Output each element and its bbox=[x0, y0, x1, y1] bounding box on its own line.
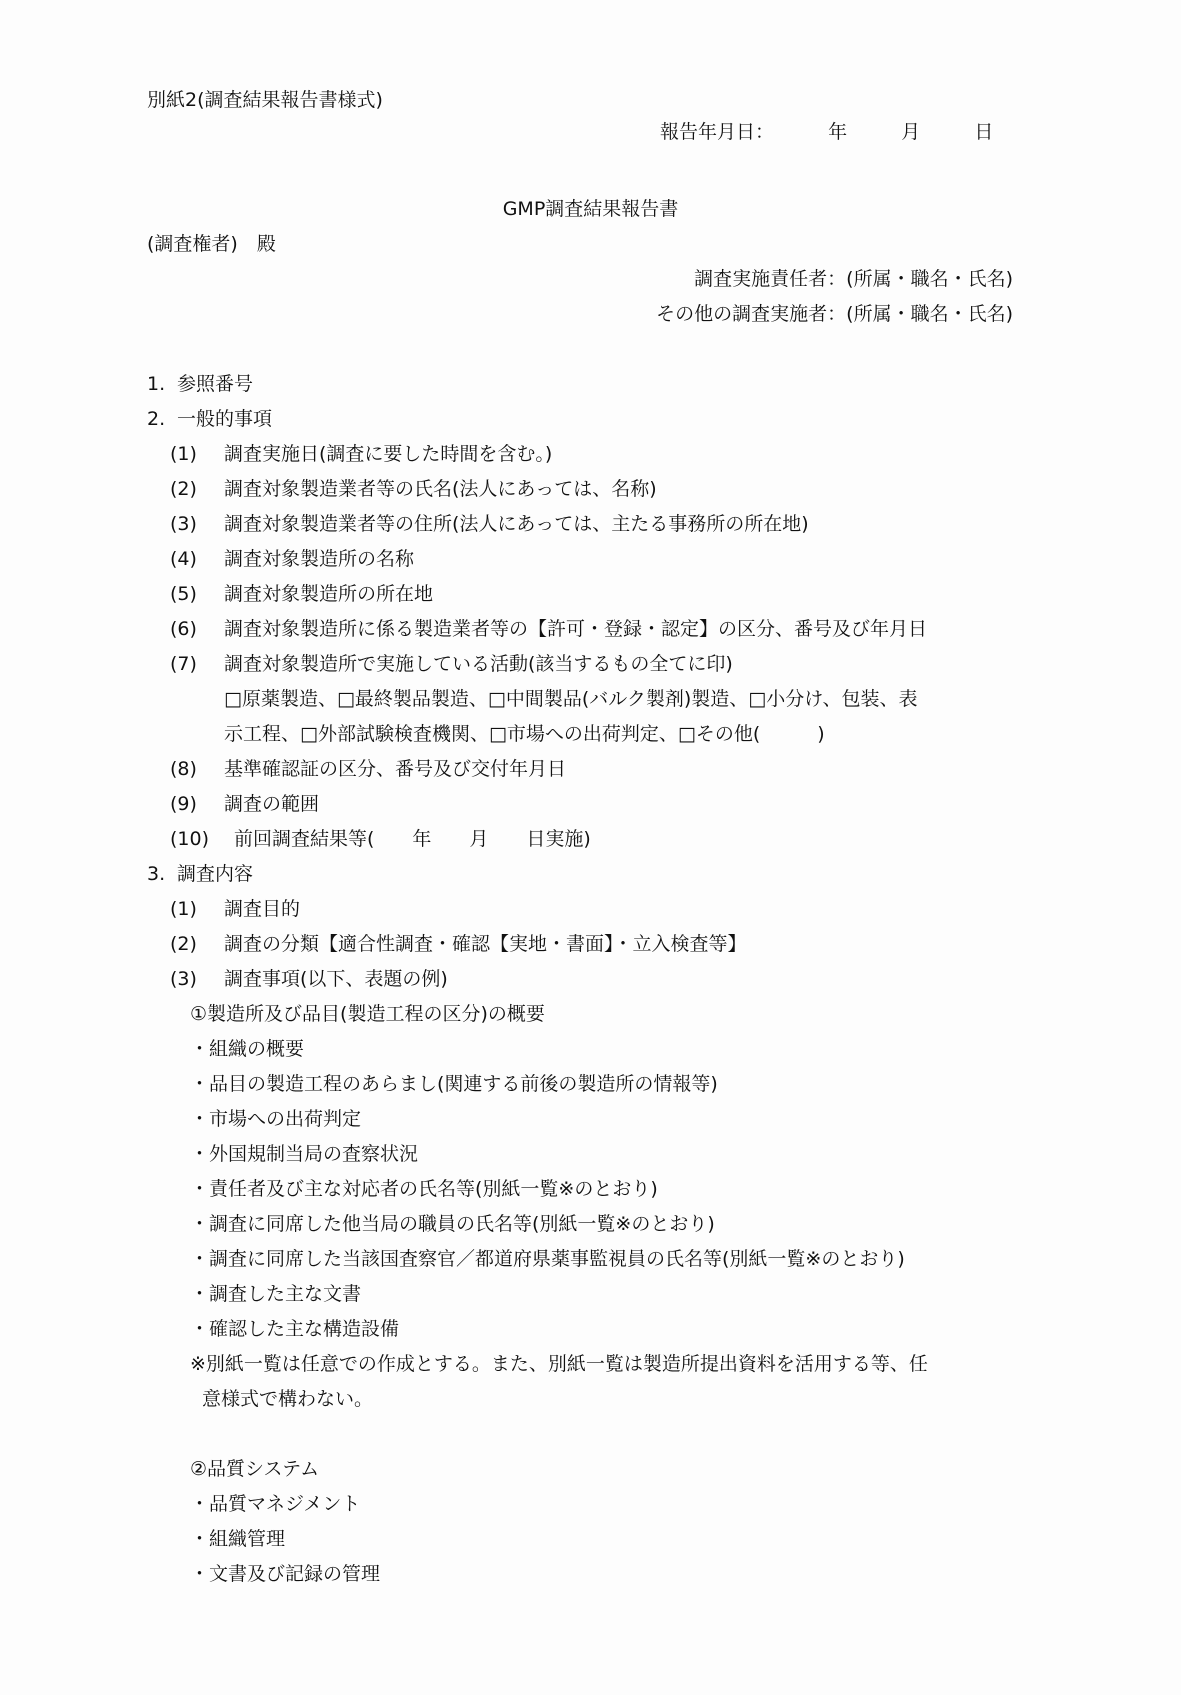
s3-item-1: (1)調査目的 bbox=[170, 897, 300, 921]
report-month: 月 bbox=[901, 121, 920, 143]
s2-item-5: (5)調査対象製造所の所在地 bbox=[170, 582, 433, 606]
attachment-label: 別紙2(調査結果報告書様式) bbox=[147, 88, 383, 112]
section-1: 1.参照番号 bbox=[147, 372, 253, 396]
bullet: ・調査に同席した他当局の職員の氏名等(別紙一覧※のとおり) bbox=[190, 1212, 715, 1236]
report-day: 日 bbox=[974, 121, 993, 143]
bullet: ・市場への出荷判定 bbox=[190, 1107, 361, 1131]
s2-item-6: (6)調査対象製造所に係る製造業者等の【許可・登録・認定】の区分、番号及び年月日 bbox=[170, 617, 927, 641]
report-year: 年 bbox=[828, 121, 847, 143]
bullet: ・外国規制当局の査察状況 bbox=[190, 1142, 418, 1166]
lead-investigator: 調査実施責任者：(所属・職名・氏名) bbox=[694, 267, 1013, 291]
bullet: ・組織の概要 bbox=[190, 1037, 304, 1061]
s3-item-3: (3)調査事項(以下、表題の例) bbox=[170, 967, 448, 991]
s2-item-2: (2)調査対象製造業者等の氏名(法人にあっては、名称) bbox=[170, 477, 657, 501]
s2-item-7: (7)調査対象製造所で実施している活動(該当するもの全てに印) bbox=[170, 652, 733, 676]
bullet: ・組織管理 bbox=[190, 1527, 285, 1551]
s2-item-10: (10)前回調査結果等( 年 月 日実施) bbox=[170, 827, 591, 851]
s2-item-1: (1)調査実施日(調査に要した時間を含む。) bbox=[170, 442, 552, 466]
bullet: ・確認した主な構造設備 bbox=[190, 1317, 399, 1341]
section-2: 2.一般的事項 bbox=[147, 407, 272, 431]
section-1-title: 参照番号 bbox=[177, 373, 253, 395]
activities-checklist-line-2: 示工程、□外部試験検査機関、□市場への出荷判定、□その他( ) bbox=[224, 722, 825, 746]
s2-item-8: (8)基準確認証の区分、番号及び交付年月日 bbox=[170, 757, 566, 781]
report-date-label: 報告年月日： bbox=[660, 121, 774, 143]
section-3: 3.調査内容 bbox=[147, 862, 253, 886]
bullet: ・調査した主な文書 bbox=[190, 1282, 361, 1306]
annex-note-line-1: ※別紙一覧は任意での作成とする。また、別紙一覧は製造所提出資料を活用する等、任 bbox=[190, 1352, 928, 1376]
document-title: GMP調査結果報告書 bbox=[0, 197, 1181, 221]
bullet: ・品質マネジメント bbox=[190, 1492, 360, 1516]
section-3-title: 調査内容 bbox=[177, 863, 253, 885]
annex-note-line-2: 意様式で構わない。 bbox=[202, 1387, 373, 1411]
s2-item-3: (3)調査対象製造業者等の住所(法人にあっては、主たる事務所の所在地) bbox=[170, 512, 809, 536]
bullet: ・調査に同席した当該国査察官／都道府県薬事監視員の氏名等(別紙一覧※のとおり) bbox=[190, 1247, 905, 1271]
subsection-2-title: ②品質システム bbox=[190, 1457, 319, 1481]
s2-item-4: (4)調査対象製造所の名称 bbox=[170, 547, 414, 571]
bullet: ・文書及び記録の管理 bbox=[190, 1562, 380, 1586]
bullet: ・品目の製造工程のあらまし(関連する前後の製造所の情報等) bbox=[190, 1072, 718, 1096]
s2-item-9: (9)調査の範囲 bbox=[170, 792, 319, 816]
bullet: ・責任者及び主な対応者の氏名等(別紙一覧※のとおり) bbox=[190, 1177, 658, 1201]
addressee: (調査権者) 殿 bbox=[147, 232, 276, 256]
other-investigators: その他の調査実施者：(所属・職名・氏名) bbox=[656, 302, 1013, 326]
s3-item-2: (2)調査の分類【適合性調査・確認【実地・書面】・立入検査等】 bbox=[170, 932, 747, 956]
activities-checklist-line-1: □原薬製造、□最終製品製造、□中間製品(バルク製剤)製造、□小分け、包装、表 bbox=[224, 687, 918, 711]
section-2-title: 一般的事項 bbox=[177, 408, 272, 430]
subsection-1-title: ①製造所及び品目(製造工程の区分)の概要 bbox=[190, 1002, 545, 1026]
report-date: 報告年月日： 年 月 日 bbox=[660, 120, 993, 144]
